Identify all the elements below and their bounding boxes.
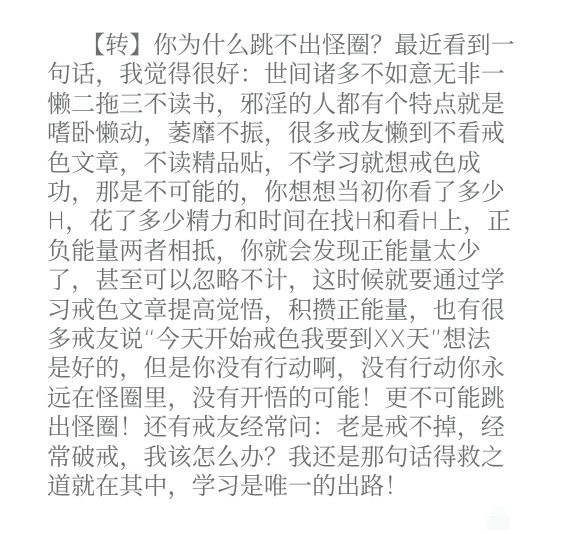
paragraph-line: 道就在其中，学习是唯一的出路！ — [47, 472, 537, 501]
paragraph-line: 【转】你为什么跳不出怪圈？最近看到一 — [47, 31, 537, 60]
page: { "page": { "background_color": "#ffffff… — [0, 0, 580, 534]
paragraph-line: 常破戒，我该怎么办？我还是那句话得救之 — [47, 443, 537, 472]
paragraph-line: 出怪圈！还有戒友经常问：老是戒不掉，经 — [47, 413, 537, 442]
watermark-logo — [487, 506, 510, 530]
paragraph-line: 远在怪圈里，没有开悟的可能！更不可能跳 — [47, 384, 537, 413]
paragraph-line: 习戒色文章提高觉悟，积攒正能量，也有很 — [47, 296, 537, 325]
paragraph-line: 色文章，不读精品贴，不学习就想戒色成 — [47, 149, 537, 178]
paragraph-line: 负能量两者相抵，你就会发现正能量太少 — [47, 237, 537, 266]
paragraph-line: 是好的，但是你没有行动啊，没有行动你永 — [47, 354, 537, 383]
paragraph-line: 句话，我觉得很好：世间诸多不如意无非一 — [47, 60, 537, 89]
paragraph-line: 了，甚至可以忽略不计，这时候就要通过学 — [47, 266, 537, 295]
paragraph-line: 功，那是不可能的，你想想当初你看了多少 — [47, 178, 537, 207]
paragraph-line: H，花了多少精力和时间在找H和看H上，正 — [47, 207, 537, 236]
post-text-block: 【转】你为什么跳不出怪圈？最近看到一 句话，我觉得很好：世间诸多不如意无非一 懒… — [47, 31, 537, 502]
paragraph-line: 懒二拖三不读书，邪淫的人都有个特点就是 — [47, 90, 537, 119]
watermark-shape-bottom — [487, 516, 510, 530]
paragraph-line: 多戒友说“今天开始戒色我要到XX天”想法 — [47, 325, 537, 354]
paragraph-line: 嗜卧懒动，萎靡不振，很多戒友懒到不看戒 — [47, 119, 537, 148]
